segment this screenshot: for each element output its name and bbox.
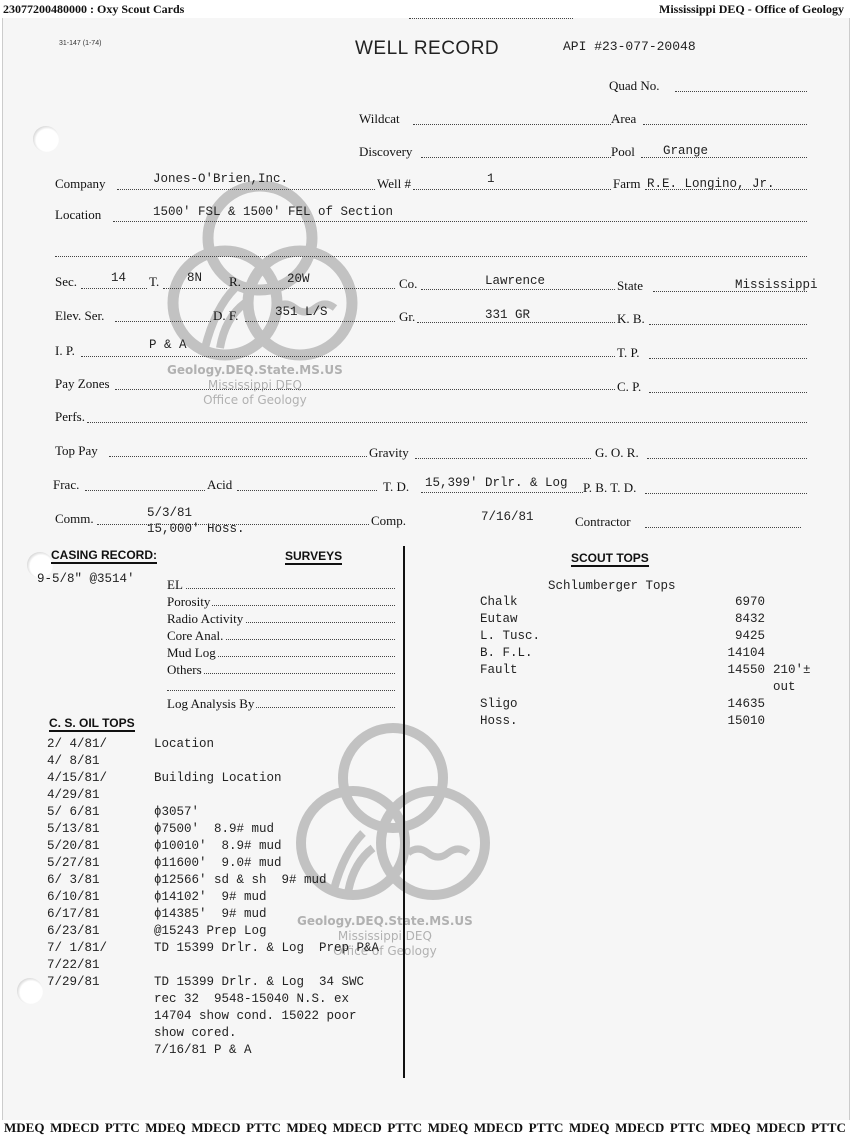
gr-label: Gr. [399, 309, 415, 325]
gravity-label: Gravity [369, 445, 409, 461]
frac-field[interactable] [85, 490, 205, 491]
township-field[interactable] [163, 288, 227, 289]
log-analysis-by-label: Log Analysis By [167, 696, 256, 711]
agency-title: Mississippi DEQ - Office of Geology [659, 2, 844, 17]
range-label: R. [229, 274, 241, 290]
sec-value: 14 [111, 271, 126, 285]
well-no-field[interactable] [413, 189, 611, 190]
cs-oil-tops-heading: C. S. OIL TOPS [49, 716, 135, 732]
elev-ser-field[interactable] [115, 321, 211, 322]
comm-label: Comm. [55, 511, 94, 527]
sec-label: Sec. [55, 274, 77, 290]
comp-field[interactable] [409, 18, 573, 19]
survey-radio-activity-label: Radio Activity [167, 611, 245, 626]
township-value: 8N [187, 271, 202, 285]
df-value: 351 L/S [275, 305, 328, 319]
scout-top-row: B. F.L. 14104 [480, 646, 840, 663]
log-row: 5/ 6/81ϕ3057' [47, 805, 397, 822]
well-no-value: 1 [487, 172, 495, 186]
discovery-label: Discovery [359, 144, 412, 160]
pool-label: Pool [611, 144, 635, 160]
log-continuation: 14704 show cond. 15022 poor [47, 1009, 397, 1026]
survey-porosity-label: Porosity [167, 594, 212, 609]
log-row: 4/ 8/81 [47, 754, 397, 771]
county-value: Lawrence [485, 274, 545, 288]
survey-el-field[interactable] [167, 588, 395, 589]
gor-field[interactable] [647, 458, 807, 459]
api-number: API #23-077-20048 [563, 39, 696, 54]
log-row: 6/ 3/81ϕ12566' sd & sh 9# mud [47, 873, 397, 890]
survey-blank-field[interactable] [167, 690, 395, 691]
scout-top-row: Fault 14550 210'± [480, 663, 840, 680]
company-label: Company [55, 176, 106, 192]
pay-zones-label: Pay Zones [55, 376, 110, 392]
top-pay-field[interactable] [109, 456, 367, 457]
pbtd-label: P. B. T. D. [583, 480, 636, 496]
company-value: Jones-O'Brien,Inc. [153, 172, 288, 186]
td-field[interactable] [421, 492, 583, 493]
cp-field[interactable] [649, 392, 807, 393]
comp-label: Comp. [371, 513, 406, 529]
form-title: WELL RECORD [355, 38, 499, 60]
wildcat-field[interactable] [413, 124, 611, 125]
log-row: 5/20/81ϕ10010' 8.9# mud [47, 839, 397, 856]
comp-value: 7/16/81 [481, 510, 534, 524]
farm-label: Farm [613, 176, 640, 192]
frac-label: Frac. [53, 477, 79, 493]
scout-top-row: Sligo 14635 [480, 697, 840, 714]
surveys-heading: SURVEYS [285, 549, 342, 565]
acid-label: Acid [207, 477, 232, 493]
td-value: 15,399' Drlr. & Log [425, 476, 568, 490]
perfs-label: Perfs. [55, 409, 85, 425]
contractor-field[interactable] [645, 527, 801, 528]
state-value: Mississippi [735, 278, 818, 292]
quad-no-field[interactable] [675, 91, 807, 92]
form-number: 31-147 (1-74) [59, 40, 101, 47]
company-field[interactable] [117, 189, 375, 190]
range-value: 20W [287, 272, 310, 286]
survey-el-label: EL [167, 577, 185, 592]
wildcat-label: Wildcat [359, 111, 400, 127]
log-continuation: show cored. [47, 1026, 397, 1043]
td-label: T. D. [383, 479, 409, 495]
tp-field[interactable] [649, 358, 807, 359]
schlumberger-tops-subheading: Schlumberger Tops [548, 579, 676, 593]
top-pay-label: Top Pay [55, 443, 98, 459]
gr-field[interactable] [417, 322, 615, 323]
ip-value: P & A [149, 338, 187, 352]
cs-oil-tops-log: 2/ 4/81/Location 4/ 8/81 4/15/81/Buildin… [47, 737, 397, 1060]
scout-top-row: Eutaw 8432 [480, 612, 840, 629]
pool-value: Grange [663, 144, 708, 158]
log-row: 4/15/81/Building Location [47, 771, 397, 788]
tp-label: T. P. [617, 345, 640, 361]
surveys-list: EL Porosity Radio Activity Core Anal. Mu… [167, 576, 395, 712]
df-field[interactable] [245, 321, 395, 322]
record-id-title: 23077200480000 : Oxy Scout Cards [3, 2, 184, 17]
scout-top-row: Chalk 6970 [480, 595, 840, 612]
county-label: Co. [399, 276, 417, 292]
punch-hole-top [33, 126, 59, 152]
discovery-field[interactable] [421, 157, 611, 158]
farm-value: R.E. Longino, Jr. [647, 177, 775, 191]
location-field[interactable] [113, 221, 807, 222]
log-row: 7/29/81TD 15399 Drlr. & Log 34 SWC [47, 975, 397, 992]
pbtd-field[interactable] [645, 493, 807, 494]
kb-field[interactable] [649, 324, 807, 325]
pay-zones-field[interactable] [115, 389, 615, 390]
log-row: 4/29/81 [47, 788, 397, 805]
punch-hole-bottom [17, 978, 43, 1004]
scout-tops-table: Chalk 6970 Eutaw 8432 L. Tusc. 9425 B. F… [480, 595, 840, 731]
scout-top-row: L. Tusc. 9425 [480, 629, 840, 646]
scout-top-row: Hoss. 15010 [480, 714, 840, 731]
log-continuation: 7/16/81 P & A [47, 1043, 397, 1060]
quad-no-label: Quad No. [609, 78, 660, 94]
scout-tops-heading: SCOUT TOPS [571, 551, 649, 567]
township-label: T. [149, 274, 159, 290]
log-row: 6/10/81ϕ14102' 9# mud [47, 890, 397, 907]
log-row: 6/17/81ϕ14385' 9# mud [47, 907, 397, 924]
elev-ser-label: Elev. Ser. [55, 308, 104, 324]
column-divider [403, 546, 405, 1078]
range-field[interactable] [243, 288, 395, 289]
sec-field[interactable] [81, 288, 147, 289]
survey-core-anal-label: Core Anal. [167, 628, 225, 643]
perfs-field[interactable] [87, 422, 807, 423]
survey-others-label: Others [167, 662, 204, 677]
page-header: 23077200480000 : Oxy Scout Cards Mississ… [0, 0, 850, 18]
comm-value: 5/3/81 [147, 506, 192, 520]
county-field[interactable] [421, 289, 615, 290]
kb-label: K. B. [617, 311, 645, 327]
location-field-line2[interactable] [55, 256, 807, 257]
gr-value: 331 GR [485, 308, 530, 322]
state-label: State [617, 278, 643, 294]
well-no-label: Well # [377, 176, 411, 192]
location-label: Location [55, 207, 101, 223]
acid-field[interactable] [237, 490, 377, 491]
watermark-text: Geology.DEQ.State.MS.US Mississippi DEQ … [167, 363, 343, 408]
location-value: 1500' FSL & 1500' FEL of Section [153, 205, 393, 219]
df-label: D. F. [213, 308, 238, 324]
area-field[interactable] [643, 124, 807, 125]
area-label: Area [611, 111, 636, 127]
log-row: 5/13/81ϕ7500' 8.9# mud [47, 822, 397, 839]
comm-value-line2: 15,000' Hoss. [147, 522, 245, 536]
log-row: 6/23/81@15243 Prep Log [47, 924, 397, 941]
ip-label: I. P. [55, 343, 75, 359]
contractor-label: Contractor [575, 514, 631, 530]
gor-label: G. O. R. [595, 445, 639, 461]
survey-mud-log-label: Mud Log [167, 645, 218, 660]
footer-banner: MDEQ MDECD PTTC MDEQ MDECD PTTC MDEQ MDE… [0, 1120, 850, 1139]
casing-record-heading: CASING RECORD: [51, 548, 157, 564]
scout-top-row-note: out [480, 680, 840, 697]
cp-label: C. P. [617, 379, 641, 395]
log-row: 2/ 4/81/Location [47, 737, 397, 754]
log-continuation: rec 32 9548-15040 N.S. ex [47, 992, 397, 1009]
casing-record-entry: 9-5/8" @3514' [37, 572, 135, 586]
log-row: 7/22/81 [47, 958, 397, 975]
scanned-well-record: Geology.DEQ.State.MS.US Mississippi DEQ … [2, 18, 850, 1120]
gravity-field[interactable] [415, 458, 591, 459]
ip-field[interactable] [81, 356, 615, 357]
log-row: 7/ 1/81/TD 15399 Drlr. & Log Prep P&A [47, 941, 397, 958]
log-row: 5/27/81ϕ11600' 9.0# mud [47, 856, 397, 873]
